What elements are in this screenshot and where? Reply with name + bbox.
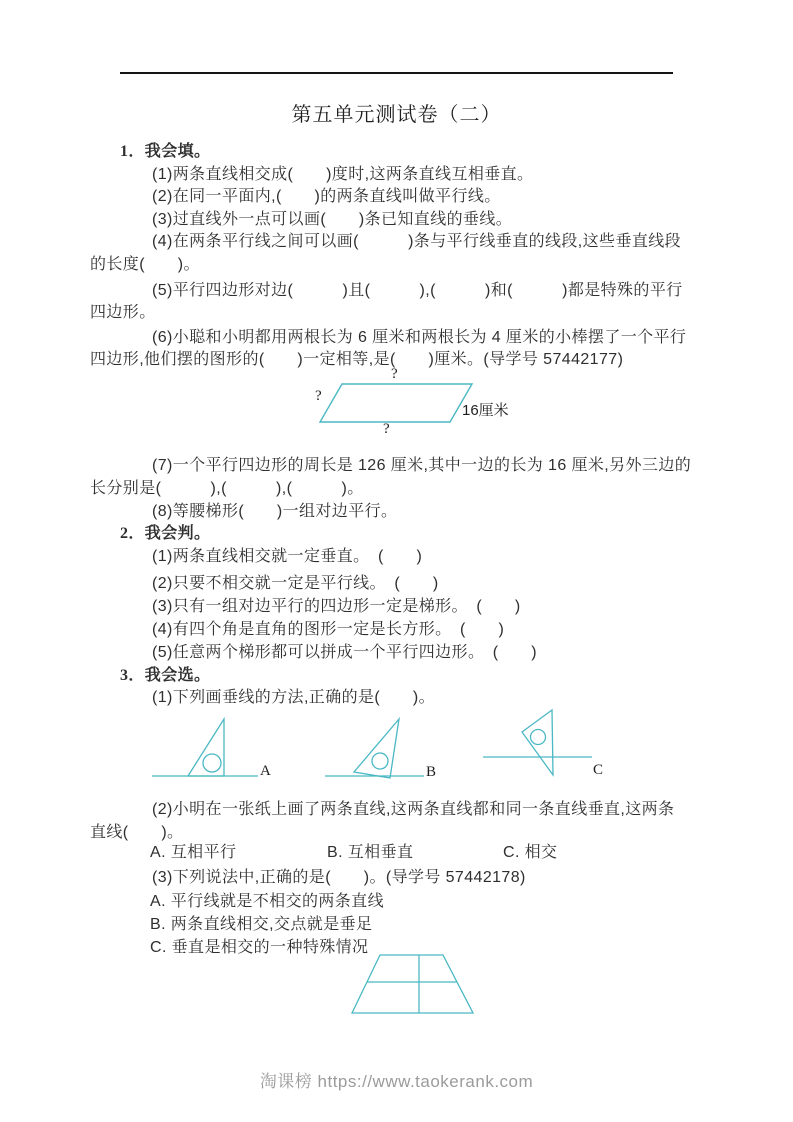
page-title: 第五单元测试卷（二） (0, 98, 793, 127)
set-square-c (522, 710, 553, 775)
parallelogram-bottom-label: ? (383, 421, 390, 438)
q1-item-6: (6)小聪和小明都用两根长为 6 厘米和两根长为 4 厘米的小棒摆了一个平行 (152, 324, 686, 347)
q3-item-3-option-a: A. 平行线就是不相交的两条直线 (150, 888, 384, 911)
q2-item-4: (4)有四个角是直角的图形一定是长方形。 ( ) (152, 616, 504, 639)
test-paper-page: 第五单元测试卷（二） 1．我会填。 (1)两条直线相交成( )度时,这两条直线互… (0, 0, 793, 1122)
set-square-figure-row: A B C (140, 703, 615, 790)
figure-label-b: B (426, 764, 436, 781)
q2-item-1: (1)两条直线相交就一定垂直。 ( ) (152, 543, 422, 566)
q3-item-2-option-b: B. 互相垂直 (327, 839, 413, 862)
q1-item-7: (7)一个平行四边形的周长是 126 厘米,其中一边的长为 16 厘米,另外三边… (152, 452, 691, 475)
q1-item-4: (4)在两条平行线之间可以画( )条与平行线垂直的线段,这些垂直线段 (152, 228, 681, 251)
q1-item-1: (1)两条直线相交成( )度时,这两条直线互相垂直。 (152, 161, 533, 184)
parallelogram-shape (320, 384, 472, 422)
q1-item-8: (8)等腰梯形( )一组对边平行。 (152, 498, 397, 521)
q1-item-3: (3)过直线外一点可以画( )条已知直线的垂线。 (152, 206, 512, 229)
set-square-a (188, 719, 224, 776)
trapezoid-figure (345, 950, 485, 1020)
q1-item-5-cont: 四边形。 (90, 299, 156, 322)
q2-item-3: (3)只有一组对边平行的四边形一定是梯形。 ( ) (152, 593, 521, 616)
set-square-drawings (140, 703, 615, 790)
q3-item-3: (3)下列说法中,正确的是( )。(导学号 57442178) (152, 864, 526, 887)
q3-item-2-option-a: A. 互相平行 (150, 839, 236, 862)
q1-item-4-cont: 的长度( )。 (90, 251, 200, 274)
q2-header: 2．我会判。 (120, 520, 210, 543)
parallelogram-right-label: 16厘米 (462, 399, 509, 420)
q2-item-2: (2)只要不相交就一定是平行线。 ( ) (152, 570, 439, 593)
q1-item-5: (5)平行四边形对边( )且( ),( )和( )都是特殊的平行 (152, 277, 683, 300)
set-square-a-hole (203, 754, 221, 772)
q3-item-3-option-c: C. 垂直是相交的一种特殊情况 (150, 934, 368, 957)
q3-item-2-option-c: C. 相交 (503, 839, 557, 862)
q1-header: 1．我会填。 (120, 138, 210, 161)
footer-watermark: 淘课榜 https://www.taokerank.com (0, 1067, 793, 1092)
trapezoid-drawing (345, 950, 485, 1020)
set-square-b-hole (372, 753, 388, 769)
figure-label-a: A (260, 763, 271, 780)
q3-item-3-option-b: B. 两条直线相交,交点就是垂足 (150, 911, 372, 934)
q3-header: 3．我会选。 (120, 662, 210, 685)
q1-item-7-cont: 长分别是( ),( ),( )。 (90, 475, 364, 498)
header-rule (120, 72, 673, 74)
parallelogram-top-label: ? (391, 366, 398, 383)
set-square-c-hole (531, 730, 546, 745)
q2-item-5: (5)任意两个梯形都可以拼成一个平行四边形。 ( ) (152, 639, 537, 662)
parallelogram-left-label: ? (315, 388, 322, 405)
figure-label-c: C (593, 762, 603, 779)
trapezoid-shape (352, 955, 473, 1013)
q3-item-2: (2)小明在一张纸上画了两条直线,这两条直线都和同一条直线垂直,这两条 (152, 796, 674, 819)
q1-item-2: (2)在同一平面内,( )的两条直线叫做平行线。 (152, 183, 501, 206)
set-square-b (354, 719, 399, 778)
parallelogram-figure: ? ? ? 16厘米 (305, 366, 520, 440)
